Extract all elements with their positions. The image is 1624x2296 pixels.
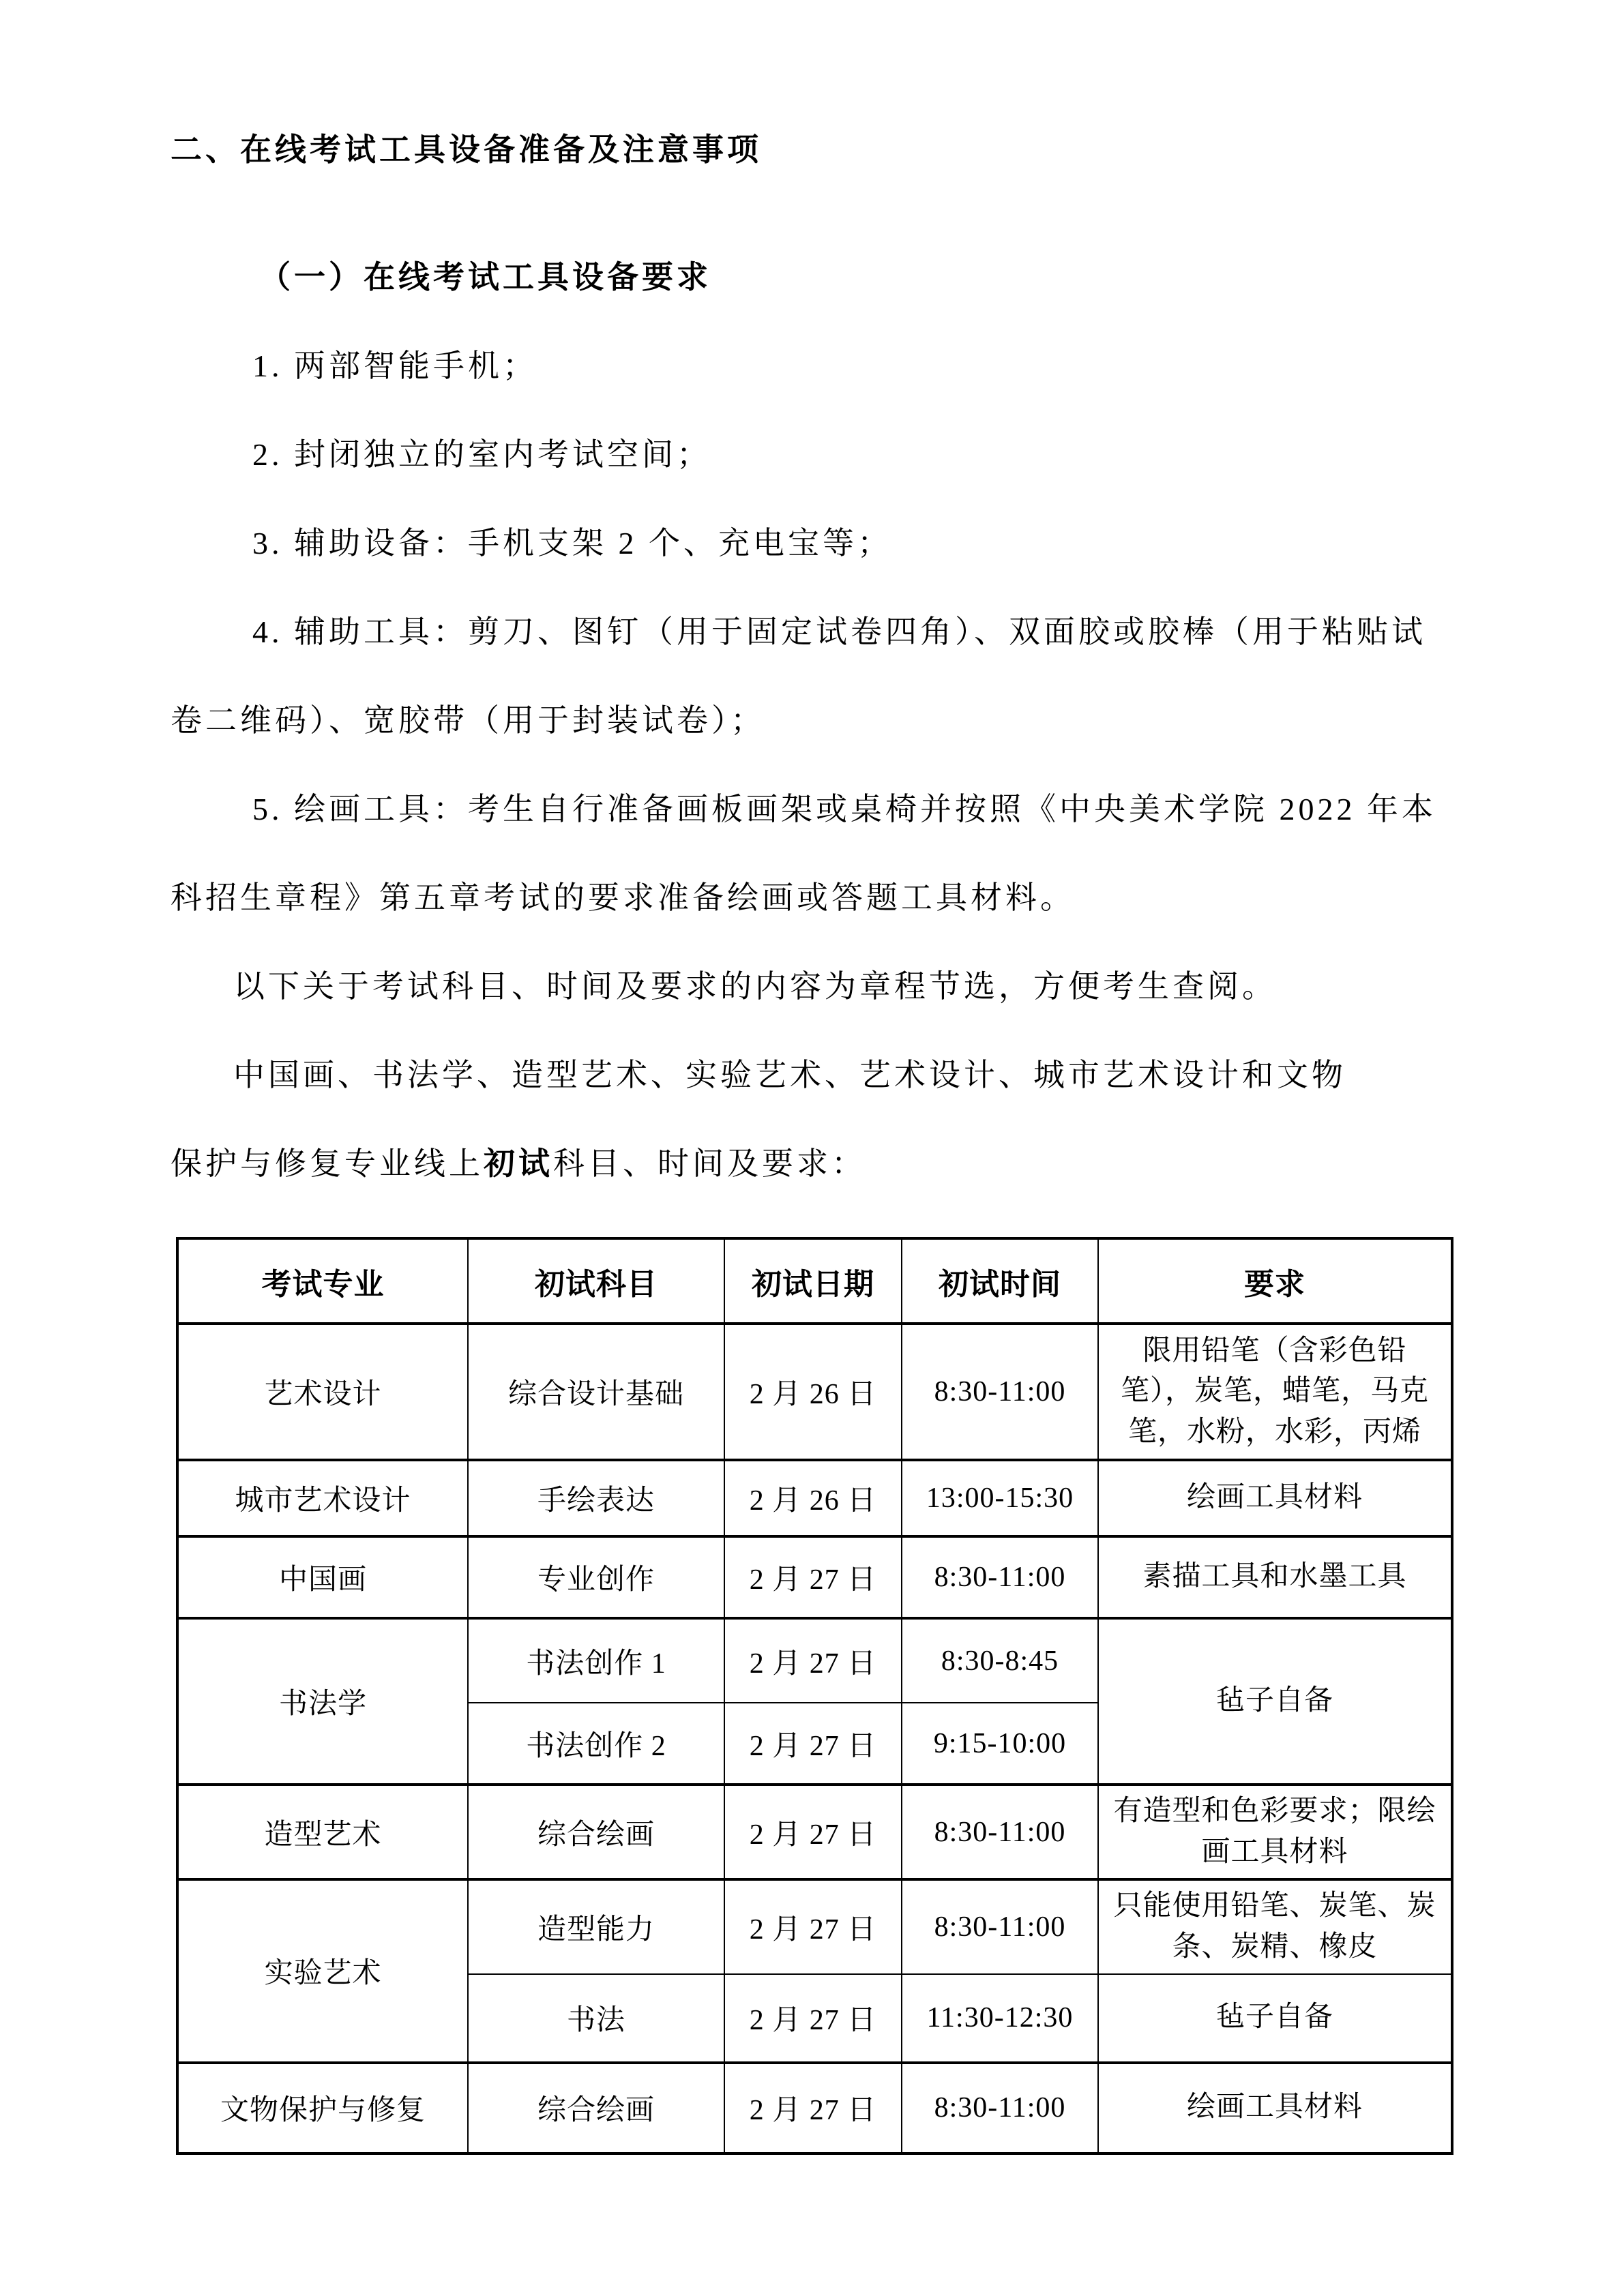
table-cell-date: 2 月 27 日 [724, 1879, 902, 1973]
table-cell-time: 8:30-11:00 [902, 1324, 1098, 1460]
paragraph-majors-line-1: 中国画、书法学、造型艺术、实验艺术、艺术设计、城市艺术设计和文物 [171, 1031, 1453, 1120]
table-row: 造型艺术 综合绘画 2 月 27 日 8:30-11:00 有造型和色彩要求；限… [177, 1785, 1452, 1879]
table-cell-subject: 综合绘画 [468, 2063, 724, 2153]
table-cell-time: 11:30-12:30 [902, 1974, 1098, 2063]
table-cell-requirements: 只能使用铅笔、炭笔、炭条、炭精、橡皮 [1098, 1879, 1452, 1973]
table-cell-major: 文物保护与修复 [177, 2063, 468, 2153]
document-page: 二、在线考试工具设备准备及注意事项 （一）在线考试工具设备要求 1. 两部智能手… [0, 0, 1624, 2296]
table-cell-time: 8:30-11:00 [902, 1879, 1098, 1973]
table-cell-major: 造型艺术 [177, 1785, 468, 1879]
table-cell-date: 2 月 27 日 [724, 1785, 902, 1879]
table-row: 中国画 专业创作 2 月 27 日 8:30-11:00 素描工具和水墨工具 [177, 1536, 1452, 1618]
list-item-5-line-2: 科招生章程》第五章考试的要求准备绘画或答题工具材料。 [171, 854, 1453, 942]
table-cell-date: 2 月 26 日 [724, 1324, 902, 1460]
table-cell-date: 2 月 27 日 [724, 1703, 902, 1785]
table-cell-subject: 书法创作 1 [468, 1618, 724, 1703]
table-cell-time: 8:30-11:00 [902, 1536, 1098, 1618]
table-cell-requirements: 限用铅笔（含彩色铅笔），炭笔，蜡笔，马克笔，水粉，水彩，丙烯 [1098, 1324, 1452, 1460]
table-cell-requirements: 绘画工具材料 [1098, 2063, 1452, 2153]
table-row: 文物保护与修复 综合绘画 2 月 27 日 8:30-11:00 绘画工具材料 [177, 2063, 1452, 2153]
table-cell-subject: 造型能力 [468, 1879, 724, 1973]
majors-line-pre: 保护与修复专业线上 [171, 1146, 484, 1181]
table-row: 书法学 书法创作 1 2 月 27 日 8:30-8:45 毡子自备 [177, 1618, 1452, 1703]
list-item-1: 1. 两部智能手机； [171, 322, 1453, 411]
header-initial-time: 初试时间 [902, 1238, 1098, 1324]
table-cell-date: 2 月 27 日 [724, 2063, 902, 2153]
list-item-4-line-2: 卷二维码）、宽胶带（用于封装试卷）； [171, 676, 1453, 765]
subsection-heading: （一）在线考试工具设备要求 [171, 233, 1453, 322]
table-cell-requirements: 毡子自备 [1098, 1618, 1452, 1785]
table-cell-requirements: 素描工具和水墨工具 [1098, 1536, 1452, 1618]
list-item-2: 2. 封闭独立的室内考试空间； [171, 411, 1453, 499]
table-cell-time: 8:30-11:00 [902, 2063, 1098, 2153]
table-cell-subject: 书法创作 2 [468, 1703, 724, 1785]
header-initial-date: 初试日期 [724, 1238, 902, 1324]
table-row: 实验艺术 造型能力 2 月 27 日 8:30-11:00 只能使用铅笔、炭笔、… [177, 1879, 1452, 1973]
table-cell-time: 13:00-15:30 [902, 1460, 1098, 1536]
document-content: 二、在线考试工具设备准备及注意事项 （一）在线考试工具设备要求 1. 两部智能手… [171, 0, 1453, 2155]
header-initial-subject: 初试科目 [468, 1238, 724, 1324]
table-cell-date: 2 月 27 日 [724, 1974, 902, 2063]
list-item-3: 3. 辅助设备：手机支架 2 个、充电宝等； [171, 499, 1453, 588]
table-cell-time: 9:15-10:00 [902, 1703, 1098, 1785]
table-cell-requirements: 有造型和色彩要求；限绘画工具材料 [1098, 1785, 1452, 1879]
table-cell-major: 书法学 [177, 1618, 468, 1785]
table-row: 艺术设计 综合设计基础 2 月 26 日 8:30-11:00 限用铅笔（含彩色… [177, 1324, 1452, 1460]
section-heading: 二、在线考试工具设备准备及注意事项 [171, 106, 1453, 194]
table-cell-major: 中国画 [177, 1536, 468, 1618]
table-cell-subject: 综合设计基础 [468, 1324, 724, 1460]
header-exam-major: 考试专业 [177, 1238, 468, 1324]
majors-line-bold: 初试 [484, 1146, 553, 1181]
table-cell-time: 8:30-11:00 [902, 1785, 1098, 1879]
table-cell-requirements: 毡子自备 [1098, 1974, 1452, 2063]
table-header-row: 考试专业 初试科目 初试日期 初试时间 要求 [177, 1238, 1452, 1324]
exam-schedule-table: 考试专业 初试科目 初试日期 初试时间 要求 艺术设计 综合设计基础 2 月 2… [176, 1237, 1453, 2155]
table-cell-major: 实验艺术 [177, 1879, 468, 2062]
list-item-5-line-1: 5. 绘画工具：考生自行准备画板画架或桌椅并按照《中央美术学院 2022 年本 [171, 765, 1453, 854]
table-cell-major: 城市艺术设计 [177, 1460, 468, 1536]
table-cell-date: 2 月 26 日 [724, 1460, 902, 1536]
table-cell-date: 2 月 27 日 [724, 1536, 902, 1618]
majors-line-post: 科目、时间及要求： [553, 1146, 866, 1181]
table-cell-date: 2 月 27 日 [724, 1618, 902, 1703]
table-cell-subject: 综合绘画 [468, 1785, 724, 1879]
table-cell-time: 8:30-8:45 [902, 1618, 1098, 1703]
header-requirements: 要求 [1098, 1238, 1452, 1324]
paragraph-majors-line-2: 保护与修复专业线上初试科目、时间及要求： [171, 1120, 1453, 1208]
paragraph-note: 以下关于考试科目、时间及要求的内容为章程节选，方便考生查阅。 [171, 942, 1453, 1031]
table-cell-subject: 手绘表达 [468, 1460, 724, 1536]
table-cell-subject: 书法 [468, 1974, 724, 2063]
table-cell-major: 艺术设计 [177, 1324, 468, 1460]
table-cell-subject: 专业创作 [468, 1536, 724, 1618]
table-cell-requirements: 绘画工具材料 [1098, 1460, 1452, 1536]
list-item-4-line-1: 4. 辅助工具：剪刀、图钉（用于固定试卷四角）、双面胶或胶棒（用于粘贴试 [171, 588, 1453, 676]
table-row: 城市艺术设计 手绘表达 2 月 26 日 13:00-15:30 绘画工具材料 [177, 1460, 1452, 1536]
